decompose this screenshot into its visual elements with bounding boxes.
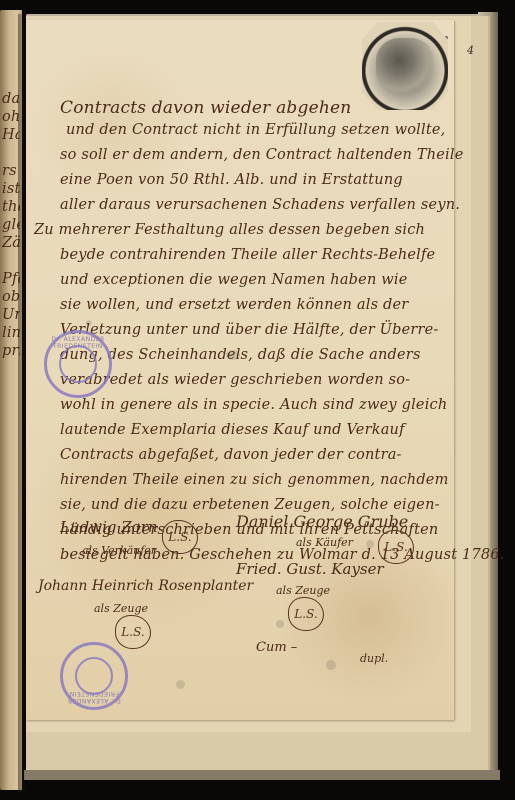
spine-shadow (18, 14, 26, 792)
seal-ls-icon: L.S. (378, 530, 414, 564)
text-line: dung, des Scheinhandels, daß die Sache a… (60, 347, 421, 363)
text-line: und den Contract nicht in Erfüllung setz… (66, 122, 445, 138)
text-line: beyde contrahirenden Theile aller Rechts… (60, 247, 435, 263)
seal-ls-icon: L.S. (115, 615, 151, 649)
signature-witness-1-role: als Zeuge (94, 602, 148, 615)
signature-buyer-role: als Käufer (296, 536, 353, 549)
text-line: sie wollen, und ersetzt werden können al… (60, 297, 408, 313)
text-line: Contracts davon wieder abgehen (60, 98, 351, 118)
text-line: lautende Exemplaria dieses Kauf und Verk… (60, 422, 405, 438)
signature-witness-2: Fried. Gust. Kayser (236, 560, 384, 578)
signature-seller: Ludwig Zorn (60, 518, 158, 536)
signature-seller-role: als Verkäufer (82, 544, 156, 557)
signature-buyer: Daniel George Grube (236, 512, 408, 531)
seal-ls-icon: L.S. (288, 597, 324, 631)
library-stamp-icon: Dr. ALEXANDER FRIEDENSTEIN (60, 642, 128, 710)
signature-witness-1: Johann Heinrich Rosenplanter (38, 578, 253, 594)
text-line: sie, und die dazu erbetenen Zeugen, solc… (60, 497, 440, 513)
embossed-seal-icon (362, 22, 448, 110)
folio-number-secondary: 4 (467, 44, 474, 57)
book-bottom-edge (24, 770, 500, 780)
signature-witness-2-role: als Zeuge (276, 584, 330, 597)
text-line: aller daraus verursachenen Schadens verf… (60, 197, 460, 213)
library-stamp-text: Dr. ALEXANDER FRIEDENSTEIN (47, 336, 109, 350)
text-line: Verletzung unter und über die Hälfte, de… (60, 322, 439, 338)
text-line: wohl in genere als in specie. Auch sind … (60, 397, 447, 413)
text-line: und exceptionen die wegen Namen haben wi… (60, 272, 408, 288)
text-line: verabredet als wieder geschrieben worden… (60, 372, 410, 388)
text-line: Zu mehrerer Festhaltung alles dessen beg… (34, 222, 425, 238)
text-line: hirenden Theile einen zu sich genommen, … (60, 472, 449, 488)
footer-flourish: dupl. (360, 652, 388, 665)
footer-note: Cum – (256, 640, 297, 655)
text-line: eine Poen von 50 Rthl. Alb. und in Ersta… (60, 172, 403, 188)
seal-ls-icon: L.S. (162, 520, 198, 554)
library-stamp-text: Dr. ALEXANDER FRIEDENSTEIN (63, 690, 125, 704)
text-line: so soll er dem andern, den Contract halt… (60, 147, 463, 163)
text-line: Contracts abgefaßet, davon jeder der con… (60, 447, 402, 463)
library-stamp-icon: Dr. ALEXANDER FRIEDENSTEIN (44, 330, 112, 398)
